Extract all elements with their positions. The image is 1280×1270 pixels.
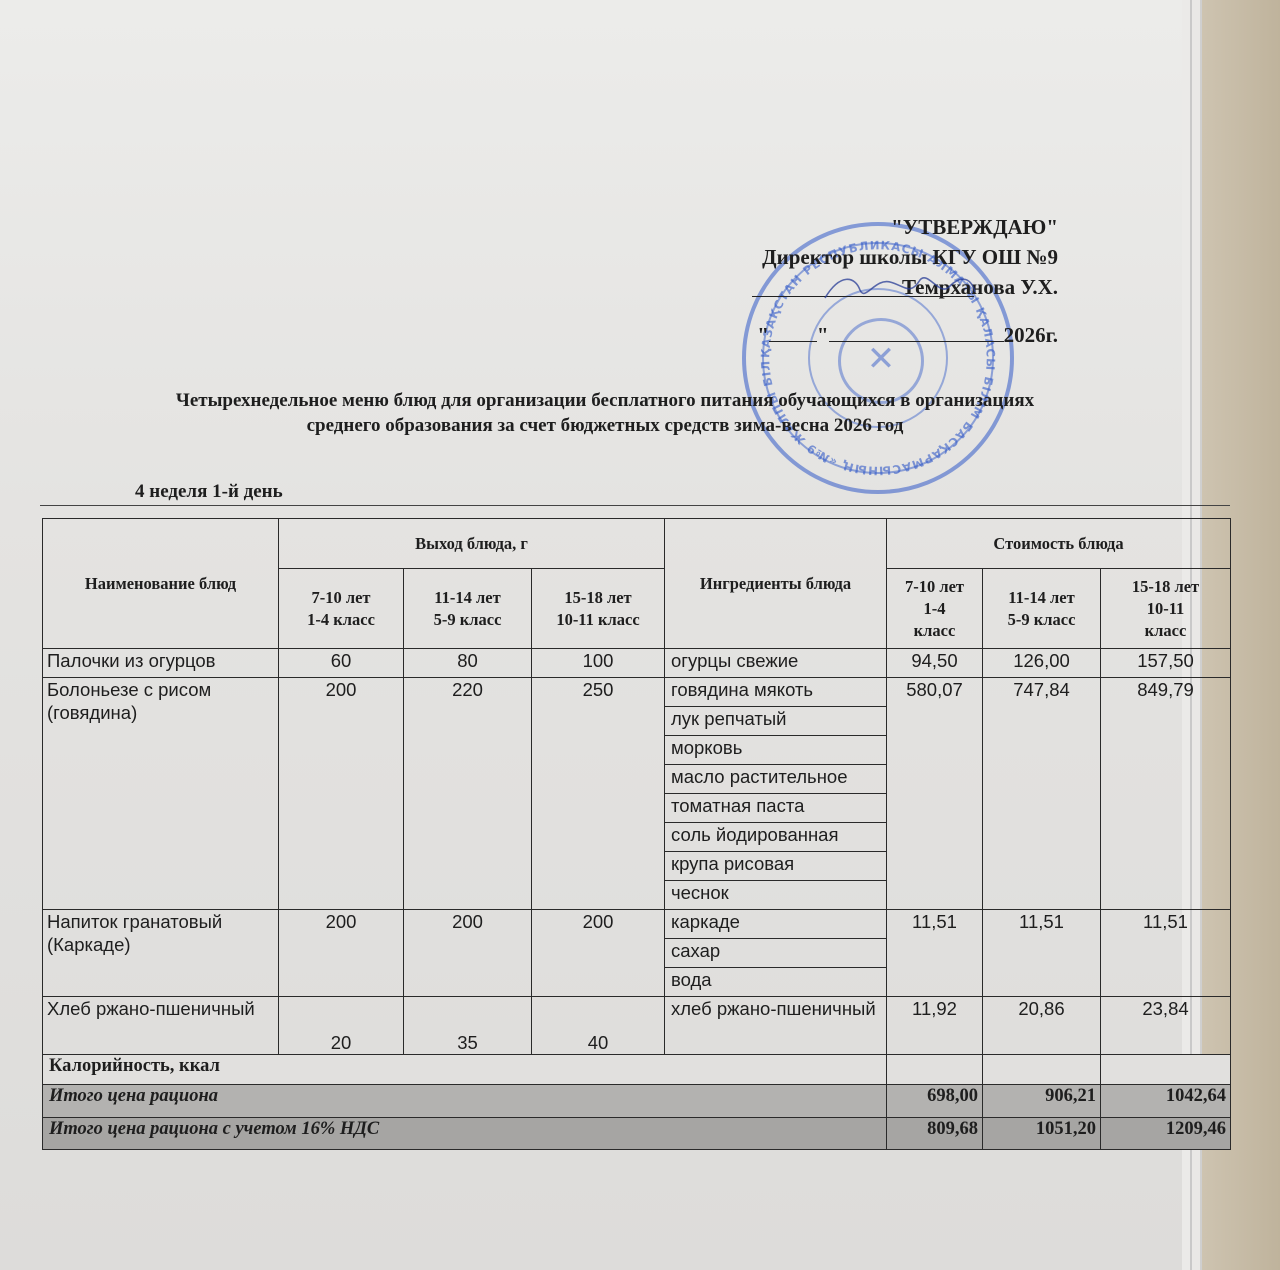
day-label: 4 неделя 1-й день: [135, 481, 283, 503]
document-page: ҚАЗАҚСТАН РЕСПУБЛИКАСЫ АЛМАТЫ ҚАЛАСЫ БІЛ…: [0, 0, 1182, 1270]
dish-cost: 23,84: [1101, 997, 1231, 1055]
dish-yield: 200: [404, 910, 532, 997]
ingredient: говядина мякоть: [665, 678, 887, 707]
date-day-blank: [769, 325, 817, 342]
ingredient: масло растительное: [665, 765, 887, 794]
dish-cost: 94,50: [887, 649, 983, 678]
ingredient: морковь: [665, 736, 887, 765]
dish-cost: 20,86: [983, 997, 1101, 1055]
table-row: Напиток гранатовый (Каркаде)200200200кар…: [43, 910, 1231, 939]
dish-cost: 580,07: [887, 678, 983, 910]
dish-yield: 100: [532, 649, 665, 678]
dish-name: Палочки из огурцов: [43, 649, 279, 678]
approval-date: ""2026г.: [757, 320, 1058, 350]
table-row: Болоньезе с рисом (говядина)200220250гов…: [43, 678, 1231, 707]
header-cost-group: Стоимость блюда: [887, 519, 1231, 569]
ration-price-vat-value: 1051,20: [983, 1118, 1101, 1150]
dish-yield: 200: [532, 910, 665, 997]
header-yield-group: Выход блюда, г: [279, 519, 665, 569]
ingredient: крупа рисовая: [665, 852, 887, 881]
header-yield-col-1: 7-10 лет1-4 класс: [279, 569, 404, 649]
dish-cost: 11,92: [887, 997, 983, 1055]
dish-yield: 200: [279, 910, 404, 997]
dish-cost: 747,84: [983, 678, 1101, 910]
header-yield-col-2: 11-14 лет5-9 класс: [404, 569, 532, 649]
dish-cost: 11,51: [887, 910, 983, 997]
ingredient: вода: [665, 968, 887, 997]
dish-yield: 200: [279, 678, 404, 910]
ration-price-vat-value: 809,68: [887, 1118, 983, 1150]
header-cost-col-1: 7-10 лет1-4класс: [887, 569, 983, 649]
menu-table: Наименование блюд Выход блюда, г Ингреди…: [42, 518, 1231, 1150]
ingredient: соль йодированная: [665, 823, 887, 852]
header-yield-col-3: 15-18 лет10-11 класс: [532, 569, 665, 649]
dish-name: Хлеб ржано-пшеничный: [43, 997, 279, 1055]
ration-price-vat-value: 1209,46: [1101, 1118, 1231, 1150]
header-dish-name: Наименование блюд: [43, 519, 279, 649]
header-ingredients: Ингредиенты блюда: [665, 519, 887, 649]
calories-value: [887, 1055, 983, 1085]
dish-cost: 126,00: [983, 649, 1101, 678]
ingredient: каркаде: [665, 910, 887, 939]
dish-cost: 11,51: [1101, 910, 1231, 997]
document-title: Четырехнедельное меню блюд для организац…: [60, 388, 1150, 438]
dish-yield: 80: [404, 649, 532, 678]
dish-yield: 220: [404, 678, 532, 910]
dish-yield: 60: [279, 649, 404, 678]
dish-cost: 157,50: [1101, 649, 1231, 678]
ingredient: огурцы свежие: [665, 649, 887, 678]
dish-cost: 11,51: [983, 910, 1101, 997]
signature-scribble: [820, 268, 980, 308]
date-month-blank: [829, 325, 1004, 342]
date-year: 2026г.: [1004, 323, 1058, 347]
header-cost-col-3: 15-18 лет10-11класс: [1101, 569, 1231, 649]
dish-yield: 40: [532, 997, 665, 1055]
dish-yield: 35: [404, 997, 532, 1055]
dish-yield: 250: [532, 678, 665, 910]
date-quote-close: ": [817, 323, 829, 347]
dish-cost: 849,79: [1101, 678, 1231, 910]
ingredient: лук репчатый: [665, 707, 887, 736]
calories-row: Калорийность, ккал: [43, 1055, 1231, 1085]
ration-price-vat-label: Итого цена рациона с учетом 16% НДС: [43, 1118, 887, 1150]
ingredient: чеснок: [665, 881, 887, 910]
ingredient: хлеб ржано-пшеничный: [665, 997, 887, 1055]
ration-price-label: Итого цена рациона: [43, 1085, 887, 1118]
approval-heading: "УТВЕРЖДАЮ": [757, 212, 1058, 242]
calories-value: [1101, 1055, 1231, 1085]
ration-price-vat-row: Итого цена рациона с учетом 16% НДС 809,…: [43, 1118, 1231, 1150]
dish-name: Болоньезе с рисом (говядина): [43, 678, 279, 910]
title-line-2: среднего образования за счет бюджетных с…: [60, 413, 1150, 438]
table-row: Хлеб ржано-пшеничный203540хлеб ржано-пше…: [43, 997, 1231, 1055]
dish-yield: 20: [279, 997, 404, 1055]
ingredient: сахар: [665, 939, 887, 968]
divider-line: [40, 505, 1230, 506]
date-quote-open: ": [757, 323, 769, 347]
ration-price-value: 698,00: [887, 1085, 983, 1118]
ingredient: томатная паста: [665, 794, 887, 823]
calories-value: [983, 1055, 1101, 1085]
title-line-1: Четырехнедельное меню блюд для организац…: [60, 388, 1150, 413]
ration-price-value: 1042,64: [1101, 1085, 1231, 1118]
table-row: Палочки из огурцов6080100огурцы свежие94…: [43, 649, 1231, 678]
ration-price-row: Итого цена рациона 698,00 906,21 1042,64: [43, 1085, 1231, 1118]
ration-price-value: 906,21: [983, 1085, 1101, 1118]
calories-label: Калорийность, ккал: [43, 1055, 887, 1085]
header-cost-col-2: 11-14 лет5-9 класс: [983, 569, 1101, 649]
dish-name: Напиток гранатовый (Каркаде): [43, 910, 279, 997]
